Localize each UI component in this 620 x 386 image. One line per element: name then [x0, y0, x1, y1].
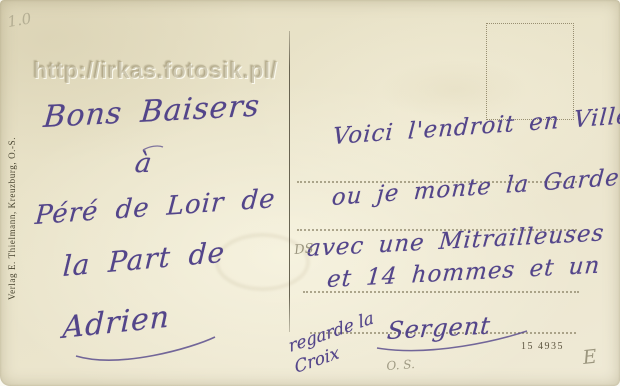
handwriting-left-line-4: la Part de	[62, 236, 226, 283]
handwriting-right-line-5: Sergent	[386, 311, 492, 345]
handwriting-left-line-1: Bons Baisers	[42, 88, 262, 135]
pencil-mark-e: E	[582, 346, 598, 369]
center-divider-line	[289, 31, 290, 332]
paper-stain-ring	[215, 233, 310, 291]
pencil-mark-ds: DS	[294, 241, 315, 258]
handwriting-right-line-2: ou je monte la Garde	[331, 165, 620, 211]
handwriting-left-line-2: à	[133, 148, 154, 179]
watermark-url: http://irkas.fotosik.pl/	[33, 57, 278, 84]
pencil-mark-top-left: 1.0	[6, 9, 32, 31]
postcard-back: http://irkas.fotosik.pl/ Verlag E. Thiel…	[0, 0, 620, 386]
postcard-scan: http://irkas.fotosik.pl/ Verlag E. Thiel…	[0, 0, 620, 386]
handwriting-left-line-3: Péré de Loir de	[34, 184, 277, 231]
serial-number: 15 4935	[521, 341, 564, 352]
pencil-mark-os: O. S.	[386, 357, 415, 373]
stamp-box	[486, 23, 574, 120]
publisher-imprint: Verlag E. Thielmann, Kreuzburg, O.-S.	[7, 90, 17, 300]
handwriting-left-line-5: Adrien	[62, 299, 171, 346]
